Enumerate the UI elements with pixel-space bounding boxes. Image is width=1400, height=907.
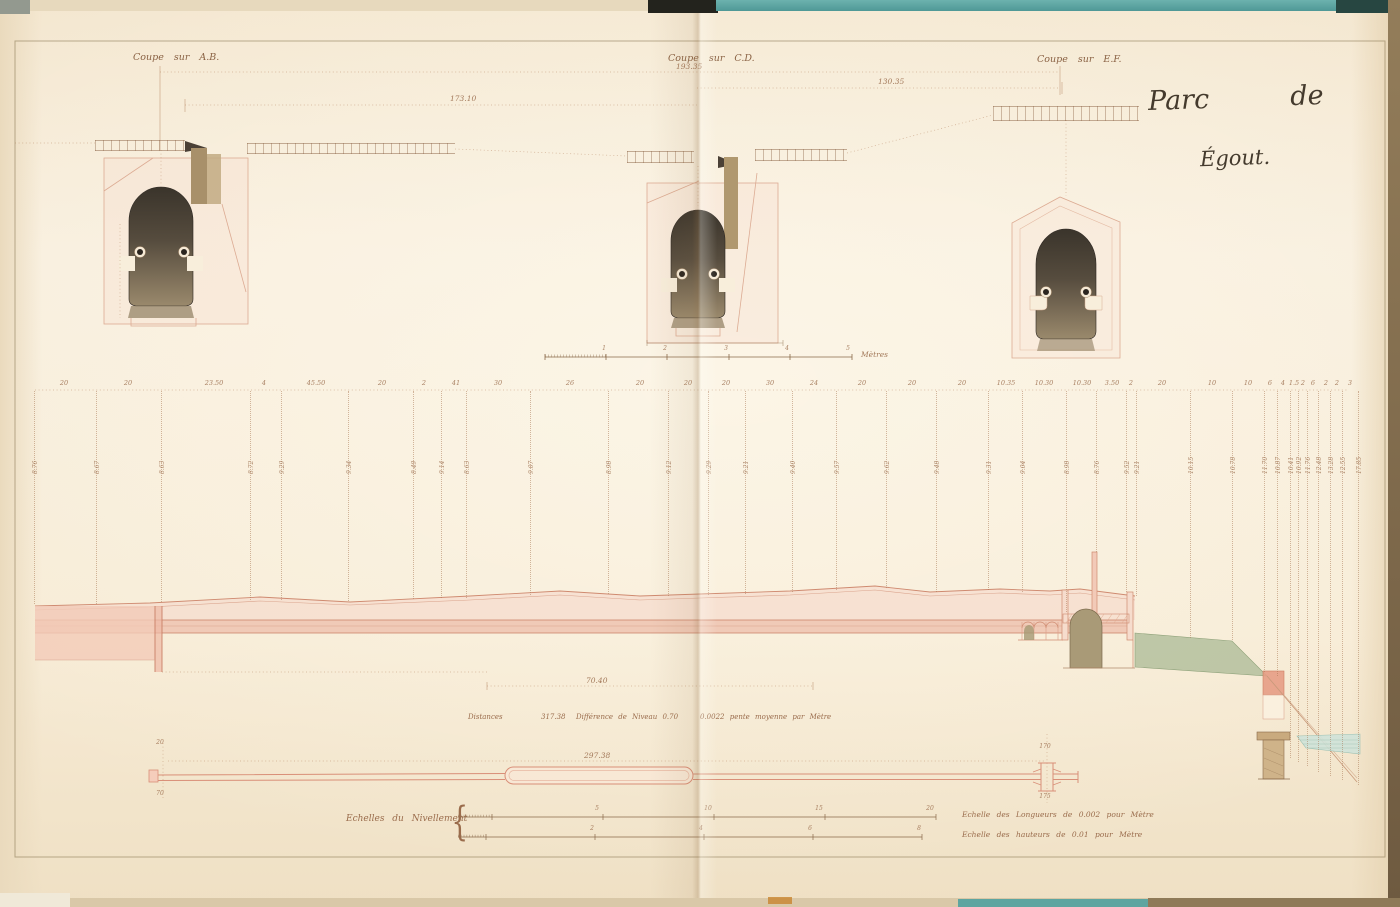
station-line — [1277, 391, 1278, 676]
slope-note: 0.0022 pente moyenne par Mètre — [700, 713, 831, 721]
annotation-value: 2 — [1335, 380, 1339, 387]
annotation-value: 3 — [1348, 380, 1352, 387]
photo-edge-fold-shadow — [648, 0, 718, 13]
annotation-value: 45.50 — [307, 380, 326, 387]
annotation-value: 6 — [1311, 380, 1315, 387]
pier — [724, 157, 738, 249]
annotation-value: 173.10 — [450, 95, 476, 103]
cross-section-ef — [1012, 120, 1120, 358]
level-difference-note: Différence de Niveau 0.70 — [576, 713, 678, 721]
station-line — [530, 391, 531, 595]
annotation-value: 175 — [1039, 794, 1050, 800]
annotation-value: 70.40 — [586, 677, 607, 685]
plan-view — [149, 734, 1078, 803]
station-line — [745, 391, 746, 594]
station-line — [1264, 391, 1265, 672]
pedestal-cap — [1257, 732, 1290, 740]
ground-hatch — [247, 143, 455, 154]
quay-block-lower — [1263, 695, 1284, 719]
scale-unit-label: Mètres — [861, 351, 888, 359]
annotation-value: 6 — [808, 826, 812, 832]
elevation-value: 8.63 — [160, 461, 166, 474]
distances-value: 317.38 — [541, 713, 566, 721]
annotation-value: 170 — [1039, 744, 1050, 750]
photo-edge-top-left — [0, 0, 30, 14]
annotation-value: 20 — [124, 380, 132, 387]
photo-edge-bottom-right — [1148, 898, 1400, 907]
metre-scale-bar — [545, 340, 852, 360]
pipe — [181, 249, 187, 255]
tunnel-invert — [671, 318, 725, 328]
annotation-value: 297.38 — [584, 752, 610, 760]
tunnel-bore — [671, 210, 725, 318]
shaft-wall — [155, 606, 162, 672]
banquette-left — [1030, 296, 1047, 310]
pedestal-shaft — [1263, 740, 1284, 779]
station-line — [1232, 391, 1233, 640]
annotation-value: 70 — [156, 791, 164, 797]
station-line — [1022, 391, 1023, 592]
section-label-ab: Coupe sur A.B. — [133, 52, 219, 63]
elevation-value: 10.78 — [1231, 457, 1237, 474]
station-line — [1066, 391, 1067, 612]
annotation-value: 2 — [1129, 380, 1133, 387]
station-line — [413, 391, 414, 599]
elevation-value: 11.70 — [1263, 457, 1269, 474]
annotation-value: 4 — [785, 346, 789, 352]
elevation-value: 9.21 — [1135, 461, 1141, 474]
elevation-value: 9.31 — [987, 461, 993, 474]
pipe — [711, 271, 717, 277]
annotation-value: 4 — [699, 826, 703, 832]
elevation-value: 9.48 — [935, 461, 941, 474]
annotation-value: 24 — [810, 380, 818, 387]
nivellement-label: Echelles du Nivellement — [346, 814, 467, 824]
annotation-value: 20 — [926, 806, 934, 812]
banquette-left — [661, 278, 677, 292]
annotation-value: 8 — [917, 826, 921, 832]
station-line — [836, 391, 837, 590]
photo-edge-bottom-left — [0, 893, 70, 907]
elevation-value: 8.72 — [249, 461, 255, 474]
station-line — [161, 391, 162, 602]
plan-wide-section — [505, 767, 693, 784]
station-line — [348, 391, 349, 601]
ground-hatch — [95, 140, 185, 151]
annotation-value: 20 — [684, 380, 692, 387]
elevation-value: 12.48 — [1317, 457, 1323, 474]
pipe — [1043, 289, 1049, 295]
annotation-value: 5 — [595, 806, 599, 812]
post — [1127, 592, 1133, 640]
annotation-value: 30 — [494, 380, 502, 387]
outfall-structures — [1018, 552, 1360, 782]
annotation-value: 23.50 — [205, 380, 224, 387]
elevation-value: 9.04 — [1021, 461, 1027, 474]
lengths-scale-label: Echelle des Longueurs de 0.002 pour Mètr… — [962, 810, 1154, 819]
station-line — [1190, 391, 1191, 638]
station-line — [1358, 391, 1359, 785]
plate-subtitle: Égout. — [1200, 145, 1271, 171]
annotation-value: 20 — [156, 740, 164, 746]
station-line — [1342, 391, 1343, 780]
elevation-value: 9.29 — [280, 461, 286, 474]
pipe — [137, 249, 143, 255]
annotation-value: 2 — [422, 380, 426, 387]
pipe — [679, 271, 685, 277]
station-line — [441, 391, 442, 598]
small-arch — [1024, 625, 1034, 640]
annotation-value: 30 — [766, 380, 774, 387]
annotation-value: 20 — [636, 380, 644, 387]
elevation-value: 9.12 — [667, 461, 673, 474]
tunnel-invert — [128, 306, 194, 318]
elevation-value: 9.57 — [835, 461, 841, 474]
elevation-value: 8.76 — [33, 461, 39, 474]
annotation-value: 20 — [908, 380, 916, 387]
station-line — [1318, 391, 1319, 772]
station-line — [708, 391, 709, 595]
elevation-value: 12.55 — [1341, 457, 1347, 474]
elevation-value: 8.98 — [1065, 461, 1071, 474]
station-line — [792, 391, 793, 592]
annotation-value: 2 — [1324, 380, 1328, 387]
annotation-value: 10.30 — [1035, 380, 1054, 387]
quay-block — [1263, 671, 1284, 695]
entry-shaft — [35, 606, 155, 660]
elevation-value: 11.76 — [1306, 457, 1312, 474]
elevation-value: 8.49 — [412, 461, 418, 474]
nivellement-scale-bars — [458, 814, 936, 840]
elevation-value: 10.15 — [1189, 457, 1195, 474]
photo-edge-teal — [716, 0, 1400, 11]
drawing-sheet: Coupe sur A.B. Coupe sur C.D. Coupe sur … — [0, 0, 1400, 907]
elevation-value: 17.85 — [1357, 457, 1363, 474]
annotation-value: 10 — [1244, 380, 1252, 387]
tunnel-invert — [1037, 339, 1095, 351]
elevation-value: 10.41 — [1289, 457, 1295, 474]
cross-section-cd — [647, 156, 778, 343]
station-line — [1307, 391, 1308, 766]
annotation-value: 20 — [1158, 380, 1166, 387]
banquette-right — [719, 278, 735, 292]
elevation-value: 8.63 — [465, 461, 471, 474]
nivellement-brace: { — [451, 799, 468, 845]
annotation-value: 6 — [1268, 380, 1272, 387]
annotation-value: 5 — [846, 346, 850, 352]
annotation-value: 1 — [602, 346, 606, 352]
elevation-value: 9.62 — [885, 461, 891, 474]
elevation-value: 13.28 — [1329, 457, 1335, 474]
ground-hatch — [993, 106, 1139, 121]
station-line — [34, 391, 35, 604]
station-line — [988, 391, 989, 590]
station-line — [250, 391, 251, 600]
section-label-ef: Coupe sur E.F. — [1037, 54, 1121, 65]
pipe — [1083, 289, 1089, 295]
annotation-value: 20 — [958, 380, 966, 387]
station-line — [1298, 391, 1299, 762]
bottom-orange-mark — [768, 897, 792, 904]
station-line — [936, 391, 937, 592]
station-line — [466, 391, 467, 598]
station-line — [281, 391, 282, 600]
station-line — [1290, 391, 1291, 758]
annotation-value: 2 — [590, 826, 594, 832]
annotation-value: 4 — [1281, 380, 1285, 387]
heights-scale-label: Echelle des hauteurs de 0.01 pour Mètre — [962, 830, 1142, 839]
tunnel-bore — [1036, 229, 1096, 339]
elevation-value: 9.52 — [1125, 461, 1131, 474]
sewer-band — [35, 620, 1133, 633]
distances-label: Distances — [468, 713, 503, 721]
plan-head-structure — [149, 770, 158, 782]
elevation-value: 9.40 — [791, 461, 797, 474]
annotation-value: 20 — [722, 380, 730, 387]
annotation-value: 3 — [724, 346, 728, 352]
elevation-value: 10.87 — [1276, 457, 1282, 474]
annotation-value: 15 — [815, 806, 823, 812]
annotation-value: 20 — [858, 380, 866, 387]
station-line — [1136, 391, 1137, 596]
annotation-value: 193.35 — [676, 63, 702, 71]
annotation-value: 10.35 — [997, 380, 1016, 387]
station-line — [96, 391, 97, 604]
plan-sewer-line — [158, 774, 505, 781]
photo-edge-right — [1388, 0, 1400, 907]
elevation-value: 9.07 — [529, 461, 535, 474]
station-line — [1126, 391, 1127, 592]
annotation-value: 10 — [1208, 380, 1216, 387]
elevation-value: 9.29 — [707, 461, 713, 474]
annotation-value: 26 — [566, 380, 574, 387]
annotation-value: 3.50 — [1105, 380, 1119, 387]
annotation-value: 4 — [262, 380, 266, 387]
banquette-right — [1085, 296, 1102, 310]
elevation-value: 9.21 — [744, 461, 750, 474]
ground-hatch — [627, 151, 694, 163]
annotation-value: 20 — [60, 380, 68, 387]
annotation-value: 10 — [704, 806, 712, 812]
annotation-value: 2 — [663, 346, 667, 352]
elevation-value: 8.67 — [95, 461, 101, 474]
outfall-arch — [1070, 609, 1102, 668]
annotation-value: 41 — [452, 380, 460, 387]
annotation-value: 20 — [378, 380, 386, 387]
elevation-value: 9.34 — [347, 461, 353, 474]
ground-hatch — [755, 149, 847, 161]
station-line — [1330, 391, 1331, 776]
elevation-value: 8.98 — [607, 461, 613, 474]
vent-chimney — [1092, 552, 1097, 614]
elevation-value: 10.92 — [1297, 457, 1303, 474]
cross-section-ab — [104, 141, 248, 326]
annotation-value: 130.35 — [878, 78, 904, 86]
green-embankment — [1135, 633, 1267, 676]
station-line — [668, 391, 669, 596]
station-line — [886, 391, 887, 588]
station-line — [608, 391, 609, 594]
elevation-value: 8.76 — [1095, 461, 1101, 474]
annotation-value: 10.30 — [1073, 380, 1092, 387]
photo-edge-bottom-teal — [958, 899, 1148, 907]
elevation-value: 9.14 — [440, 461, 446, 474]
annotation-value: 1.5 — [1289, 380, 1299, 387]
annotation-value: 2 — [1301, 380, 1305, 387]
pier-light — [207, 154, 221, 204]
banquette-right — [187, 256, 203, 271]
pier — [191, 148, 207, 204]
ground-wash — [35, 586, 1135, 620]
banquette-left — [119, 256, 135, 271]
